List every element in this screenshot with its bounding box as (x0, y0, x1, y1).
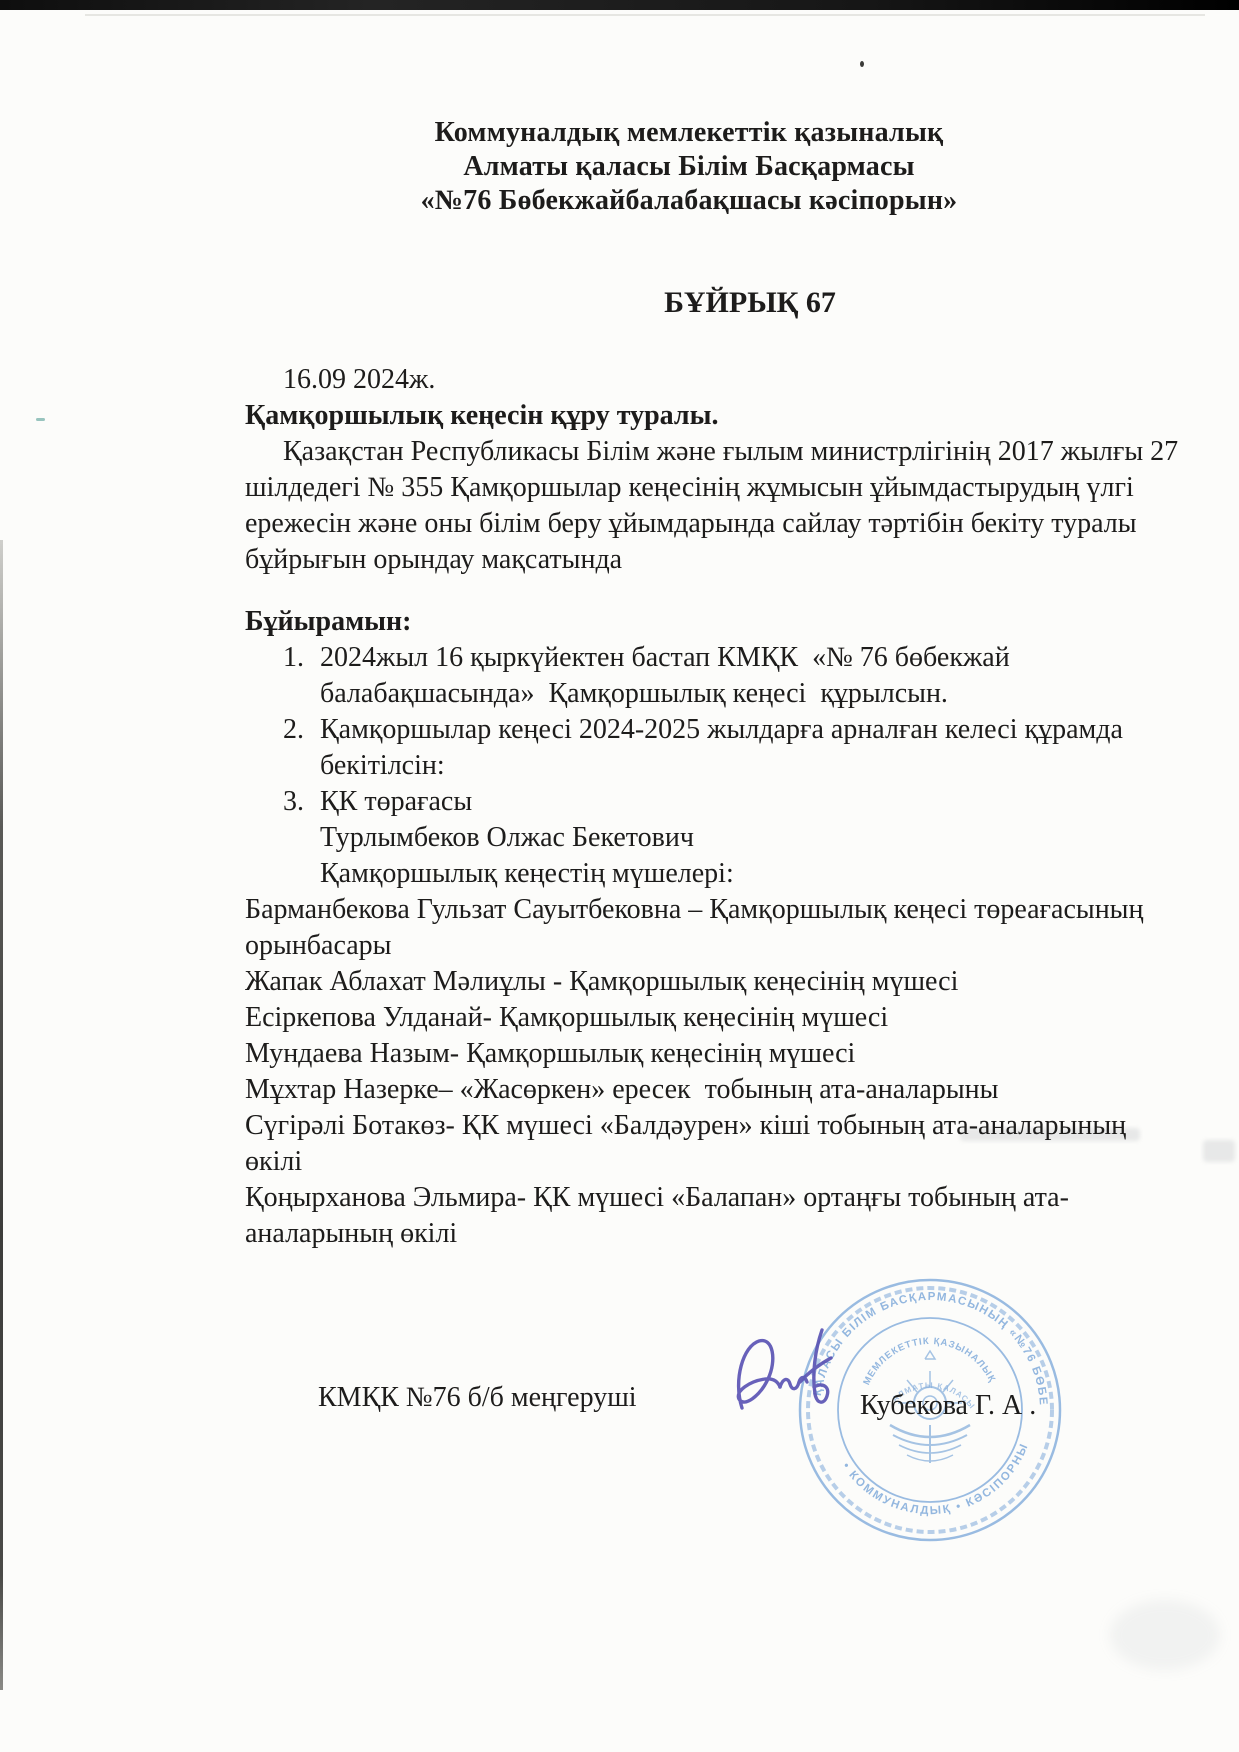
preamble-line: ережесін және оны білім беру ұйымдарында… (245, 506, 1125, 542)
item-line: Қамқоршылар кеңесі 2024-2025 жылдарға ар… (320, 712, 1125, 748)
org-header-line: Коммуналдық мемлекеттік қазыналық (329, 116, 1049, 150)
order-body: 16.09 2024ж. Қамқоршылық кеңесін құру ту… (245, 362, 1125, 1252)
scan-blotch (1110, 1600, 1220, 1670)
member-line: аналарының өкілі (245, 1216, 1125, 1252)
scan-artifact-line (85, 14, 1205, 16)
item-line: бекітілсін: (320, 748, 1125, 784)
signature-name: Кубекова Г. А . (860, 1390, 1036, 1422)
member-line: орынбасары (245, 928, 1125, 964)
scan-left-edge (0, 540, 3, 1690)
chairman-name: Турлымбеков Олжас Бекетович (245, 820, 1125, 856)
order-subject: Қамқоршылық кеңесін құру туралы. (245, 398, 1125, 434)
item-number: 3. (283, 784, 304, 820)
member-line: Мундаева Назым- Қамқоршылық кеңесінің мү… (245, 1036, 1125, 1072)
member-line: Қоңырханова Эльмира- ҚК мүшесі «Балапан»… (245, 1180, 1125, 1216)
signature-scribble (728, 1322, 848, 1437)
member-line: Жапак Аблахат Мәлиұлы - Қамқоршылық кеңе… (245, 964, 1125, 1000)
item-line: ҚК төрағасы (320, 784, 1125, 820)
org-header: Коммуналдық мемлекеттік қазыналық Алматы… (329, 116, 1049, 218)
scan-speck (860, 61, 864, 67)
scan-top-edge (0, 0, 1239, 10)
org-header-line: Алматы қаласы Білім Басқармасы (329, 150, 1049, 184)
item-number: 2. (283, 712, 304, 748)
item-number: 1. (283, 640, 304, 676)
signature-ink (728, 1322, 848, 1437)
member-line: Есіркепова Улданай- Қамқоршылық кеңесіні… (245, 1000, 1125, 1036)
item-line: 2024жыл 16 қыркүйектен бастап КМҚК «№ 76… (320, 640, 1125, 676)
scan-smudge (1203, 1140, 1235, 1162)
order-date: 16.09 2024ж. (245, 362, 1125, 398)
org-header-line: «№76 Бөбекжайбалабақшасы кәсіпорын» (329, 184, 1049, 218)
preamble-line: шілдедегі № 355 Қамқоршылар кеңесінің жұ… (245, 470, 1125, 506)
member-line: өкілі (245, 1144, 1125, 1180)
member-line: Сүгірәлі Ботакөз- ҚК мүшесі «Балдәурен» … (245, 1108, 1125, 1144)
member-line: Барманбекова Гульзат Сауытбековна – Қамқ… (245, 892, 1125, 928)
item-line: балабақшасында» Қамқоршылық кеңесі құрыл… (320, 676, 1125, 712)
member-line: Мұхтар Назерке– «Жасөркен» ересек тобыны… (245, 1072, 1125, 1108)
order-item-1: 1. 2024жыл 16 қыркүйектен бастап КМҚК «№… (245, 640, 1125, 712)
signature-position-label: КМҚК №76 б/б меңгеруші (318, 1382, 637, 1414)
scan-speck (36, 418, 45, 421)
order-title: БҰЙРЫҚ 67 (600, 286, 900, 320)
order-item-2: 2. Қамқоршылар кеңесі 2024-2025 жылдарға… (245, 712, 1125, 784)
members-heading: Қамқоршылық кеңестің мүшелері: (245, 856, 1125, 892)
preamble-line: Қазақстан Республикасы Білім және ғылым … (245, 434, 1125, 470)
resolve-heading: Бұйырамын: (245, 604, 1125, 640)
preamble-line: бұйрығын орындау мақсатында (245, 542, 1125, 578)
order-item-3: 3. ҚК төрағасы (245, 784, 1125, 820)
scanned-order-document: Коммуналдық мемлекеттік қазыналық Алматы… (0, 0, 1239, 1752)
